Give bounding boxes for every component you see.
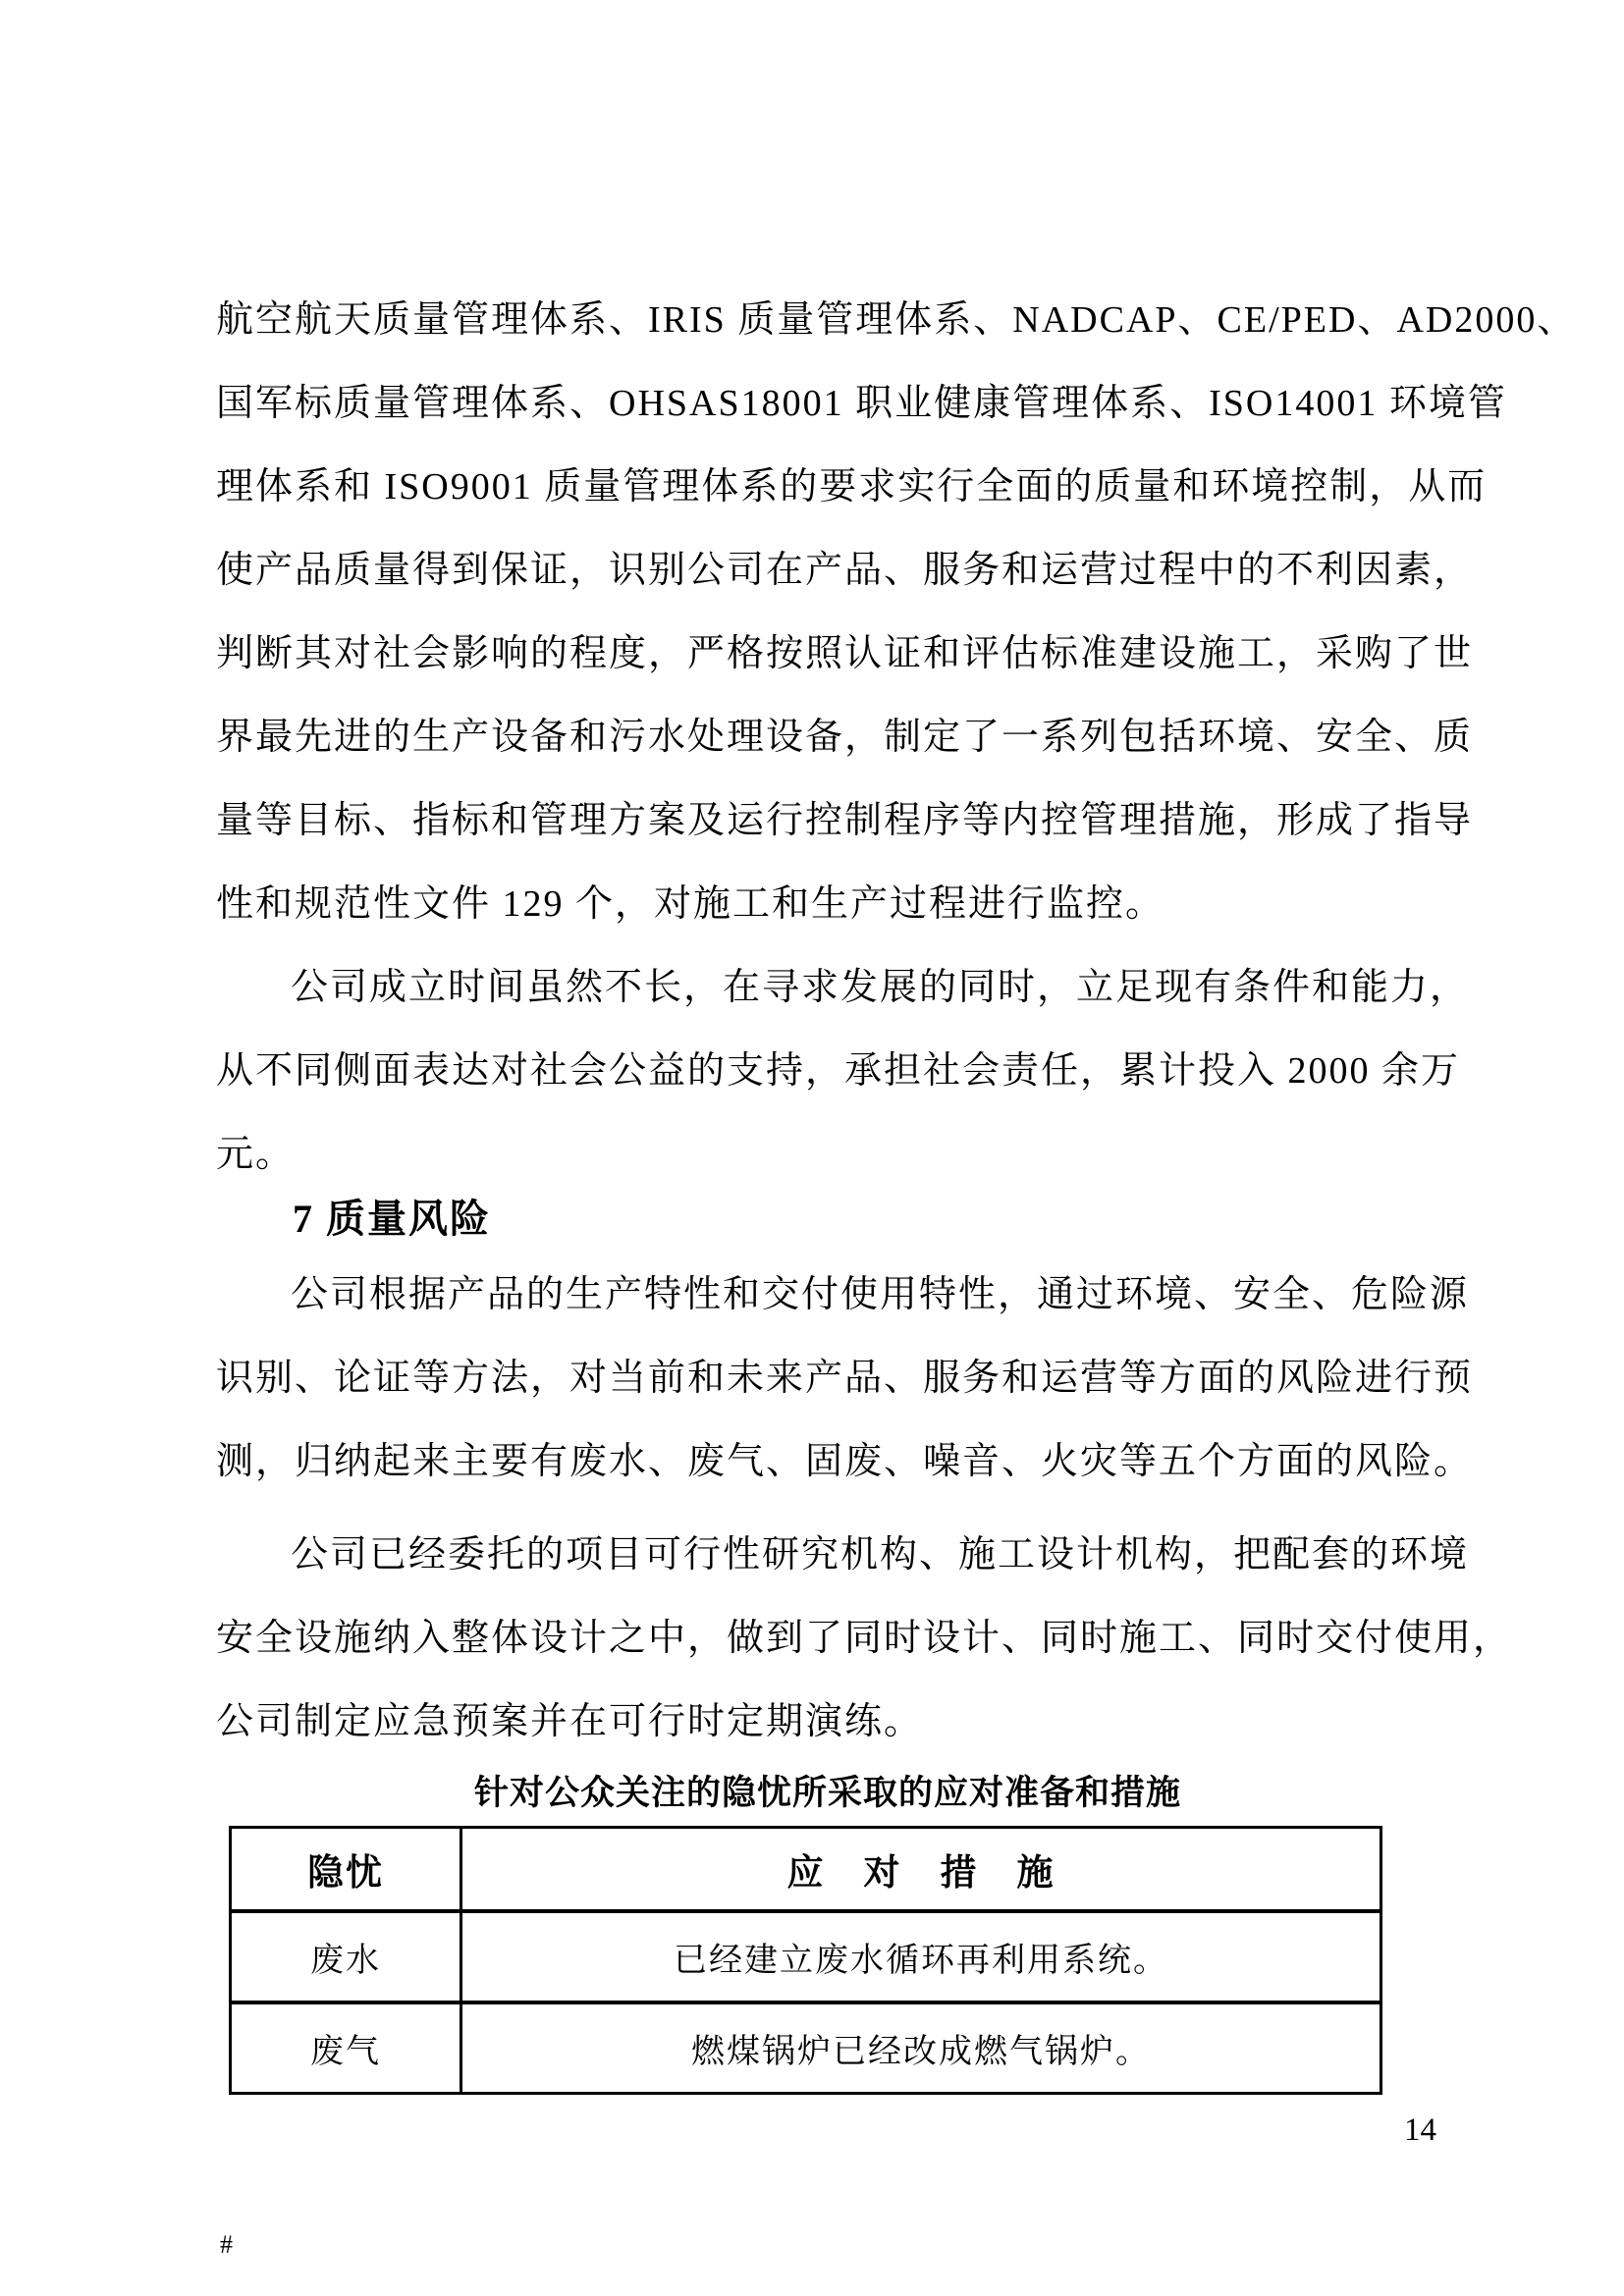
text-line: 公司制定应急预案并在可行时定期演练。 [216, 1681, 1439, 1764]
text-line: 界最先进的生产设备和污水处理设备，制定了一系列包括环境、安全、质 [216, 696, 1439, 779]
table-header-row: 隐忧应 对 措 施 [231, 1828, 1381, 1912]
section-heading: 7 质量风险 [216, 1191, 1439, 1248]
text-line: 识别、论证等方法，对当前和未来产品、服务和运营等方面的风险进行预 [216, 1337, 1439, 1420]
text-line: 从不同侧面表达对社会公益的支持，承担社会责任，累计投入 2000 余万 [216, 1030, 1439, 1113]
measures-column-header: 应 对 措 施 [461, 1828, 1381, 1912]
measure-cell: 燃煤锅炉已经改成燃气锅炉。 [461, 2002, 1381, 2094]
text-line: 理体系和 ISO9001 质量管理体系的要求实行全面的质量和环境控制，从而 [216, 446, 1439, 529]
text-line: 公司根据产品的生产特性和交付使用特性，通过环境、安全、危险源 [216, 1254, 1439, 1337]
concern-cell: 废水 [231, 1911, 461, 2002]
measures-table: 隐忧应 对 措 施 废水已经建立废水循环再利用系统。废气燃煤锅炉已经改成燃气锅炉… [229, 1826, 1382, 2095]
concern-cell: 废气 [231, 2002, 461, 2094]
text-line: 公司已经委托的项目可行性研究机构、施工设计机构，把配套的环境 [216, 1514, 1439, 1597]
text-line: 判断其对社会影响的程度，严格按照认证和评估标准建设施工，采购了世 [216, 613, 1439, 696]
text-line: 元。 [216, 1113, 1439, 1197]
text-line: 性和规范性文件 129 个，对施工和生产过程进行监控。 [216, 863, 1439, 946]
concern-column-header: 隐忧 [231, 1828, 461, 1912]
page-number: 14 [1404, 2112, 1436, 2149]
paragraph: 航空航天质量管理体系、IRIS 质量管理体系、NADCAP、CE/PED、AD2… [216, 279, 1439, 946]
text-blocks: 航空航天质量管理体系、IRIS 质量管理体系、NADCAP、CE/PED、AD2… [216, 279, 1439, 1764]
text-line: 安全设施纳入整体设计之中，做到了同时设计、同时施工、同时交付使用， [216, 1597, 1439, 1681]
text-line: 使产品质量得到保证，识别公司在产品、服务和运营过程中的不利因素， [216, 529, 1439, 613]
table-caption: 针对公众关注的隐忧所采取的应对准备和措施 [216, 1766, 1439, 1821]
paragraph: 公司根据产品的生产特性和交付使用特性，通过环境、安全、危险源识别、论证等方法，对… [216, 1254, 1439, 1504]
measure-cell: 已经建立废水循环再利用系统。 [461, 1911, 1381, 2002]
text-line: 国军标质量管理体系、OHSAS18001 职业健康管理体系、ISO14001 环… [216, 362, 1439, 446]
table-row: 废气燃煤锅炉已经改成燃气锅炉。 [231, 2002, 1381, 2094]
text-line: 量等目标、指标和管理方案及运行控制程序等内控管理措施，形成了指导 [216, 779, 1439, 863]
footer-mark: # [220, 2230, 233, 2260]
paragraph: 公司已经委托的项目可行性研究机构、施工设计机构，把配套的环境安全设施纳入整体设计… [216, 1514, 1439, 1764]
text-line: 航空航天质量管理体系、IRIS 质量管理体系、NADCAP、CE/PED、AD2… [216, 279, 1439, 362]
text-line: 测，归纳起来主要有废水、废气、固废、噪音、火灾等五个方面的风险。 [216, 1420, 1439, 1504]
document-page: 航空航天质量管理体系、IRIS 质量管理体系、NADCAP、CE/PED、AD2… [0, 0, 1624, 2296]
table-row: 废水已经建立废水循环再利用系统。 [231, 1911, 1381, 2002]
paragraph: 公司成立时间虽然不长，在寻求发展的同时，立足现有条件和能力，从不同侧面表达对社会… [216, 946, 1439, 1197]
document-body: 航空航天质量管理体系、IRIS 质量管理体系、NADCAP、CE/PED、AD2… [216, 279, 1439, 2095]
text-line: 公司成立时间虽然不长，在寻求发展的同时，立足现有条件和能力， [216, 946, 1439, 1030]
